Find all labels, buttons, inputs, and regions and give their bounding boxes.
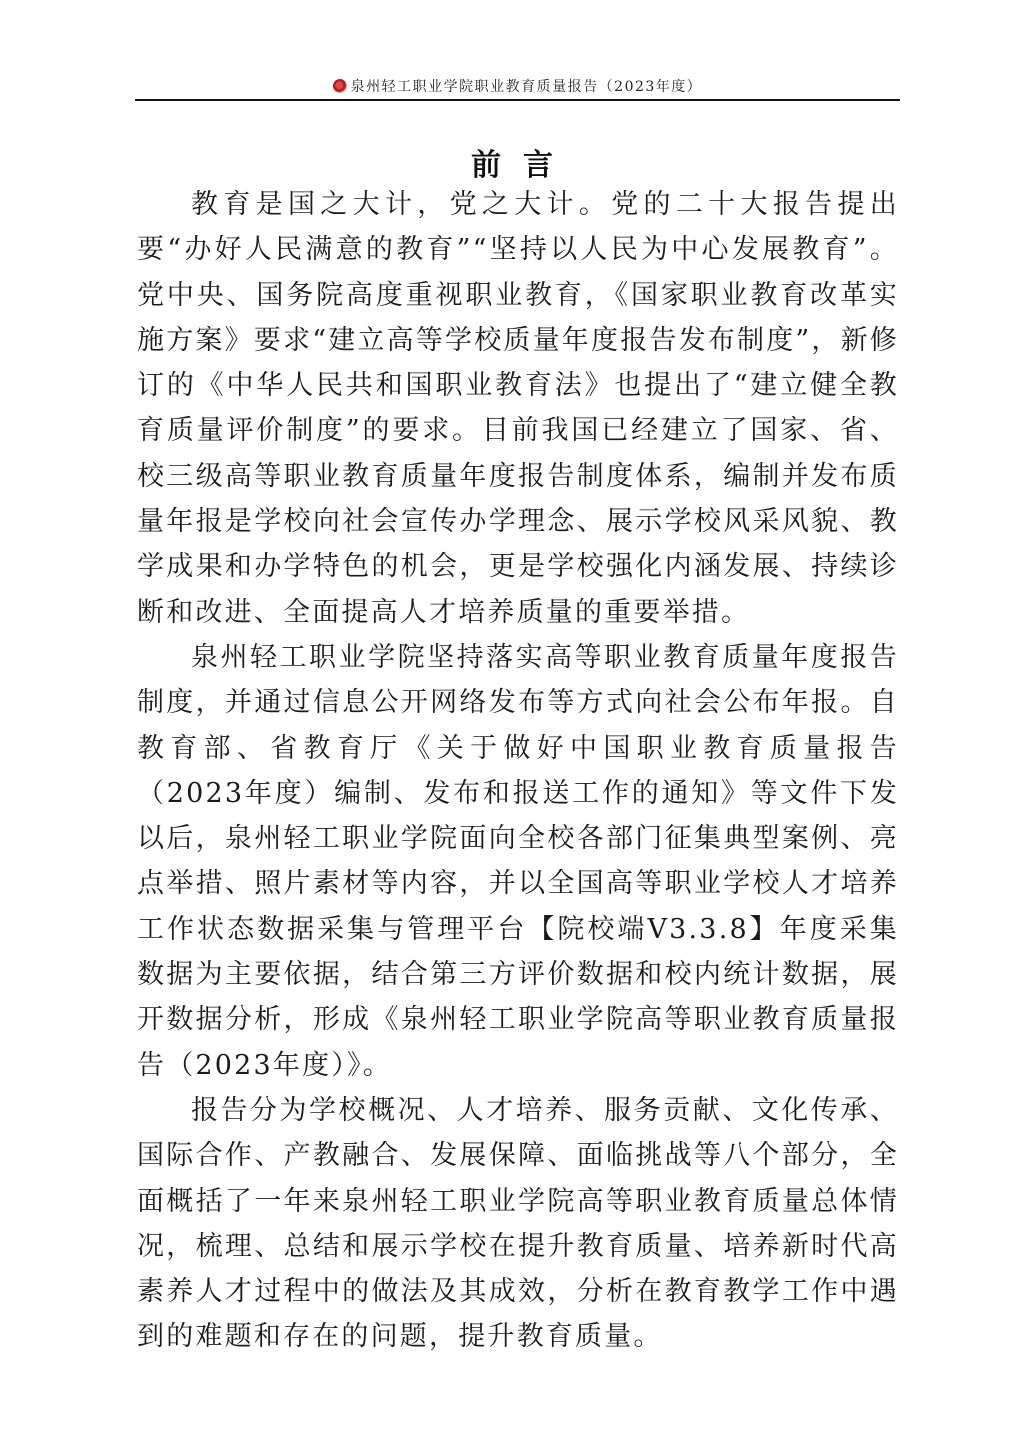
paragraph-2: 泉州轻工职业学院坚持落实高等职业教育质量年度报告制度，并通过信息公开网络发布等方… (137, 635, 899, 1088)
page-title: 前言 (0, 140, 1024, 184)
paragraph-3: 报告分为学校概况、人才培养、服务贡献、文化传承、国际合作、产教融合、发展保障、面… (137, 1088, 899, 1360)
running-title: 泉州轻工职业学院职业教育质量报告（2023年度） (351, 76, 703, 96)
document-body: 教育是国之大计，党之大计。党的二十大报告提出要“办好人民满意的教育”“坚持以人民… (137, 182, 899, 1360)
running-header: 泉州轻工职业学院职业教育质量报告（2023年度） (135, 74, 900, 98)
school-emblem-icon (333, 79, 347, 93)
paragraph-1: 教育是国之大计，党之大计。党的二十大报告提出要“办好人民满意的教育”“坚持以人民… (137, 182, 899, 635)
header-divider (135, 99, 900, 101)
